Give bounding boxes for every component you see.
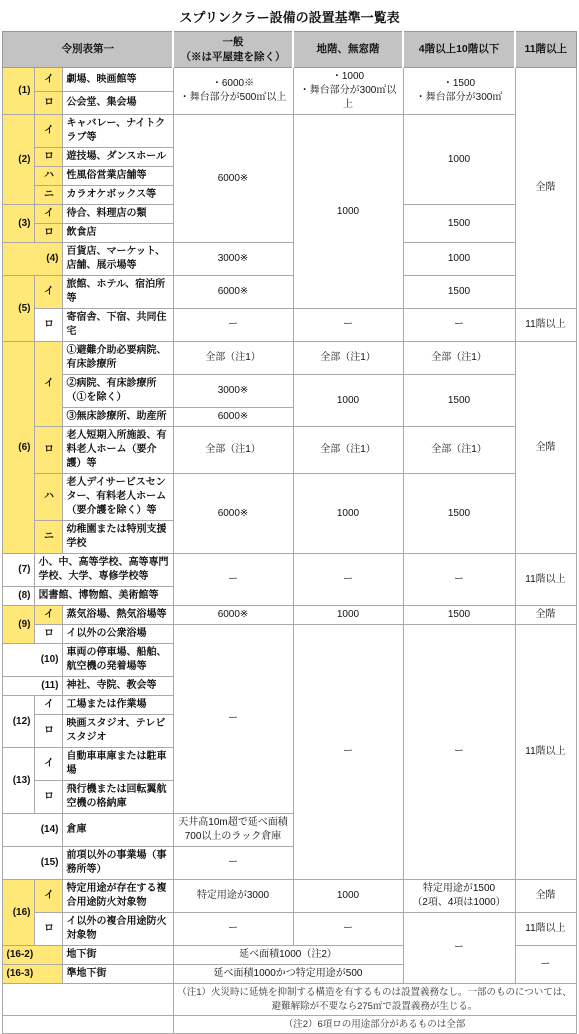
threshold-value-cell: ー	[293, 913, 403, 946]
category-number-cell: (12)	[3, 696, 35, 748]
threshold-value-cell: 延べ面積1000（注2）	[173, 946, 403, 965]
category-branch-cell: イ	[35, 748, 63, 781]
threshold-value-cell: 延べ面積1000かつ特定用途が500	[173, 965, 403, 984]
category-number-cell: (2)	[3, 115, 35, 205]
category-number-cell: (13)	[3, 748, 35, 814]
standards-table: 令別表第一一般 （※は平屋建を除く）地階、無窓階4階以上10階以下11階以上 (…	[2, 31, 576, 1034]
threshold-value-cell: 全部（注1）	[173, 342, 293, 375]
category-number-cell: (6)	[3, 342, 35, 554]
category-branch-cell: イ	[35, 606, 63, 625]
category-number-cell: (10)	[3, 644, 63, 677]
threshold-value-cell: ー	[293, 625, 403, 880]
category-branch-cell: ロ	[35, 309, 63, 342]
threshold-value-cell: 11階以上	[515, 309, 576, 342]
category-number-cell: (16)	[3, 880, 35, 946]
threshold-value-cell: 6000※	[173, 606, 293, 625]
note-cell: （注2）6項ロの用途部分があるものは全部	[173, 1015, 576, 1033]
facility-description-cell: 自動車車庫または駐車場	[63, 748, 173, 781]
facility-description-cell: 寄宿舎、下宿、共同住宅	[63, 309, 173, 342]
table-header: 令別表第一一般 （※は平屋建を除く）地階、無窓階4階以上10階以下11階以上	[3, 32, 576, 68]
facility-description-cell: 性風俗営業店舗等	[63, 167, 173, 186]
category-branch-cell: ロ	[35, 715, 63, 748]
facility-description-cell: ②病院、有床診療所（①を除く）	[63, 375, 173, 408]
table-row: (9)イ蒸気浴場、熱気浴場等6000※10001500全階	[3, 606, 576, 625]
table-row: ロ老人短期入所施設、有料老人ホーム（要介護）等全部（注1）全部（注1）全部（注1…	[3, 427, 576, 474]
empty-cell	[3, 984, 173, 1016]
table-row: (5)イ旅館、ホテル、宿泊所等6000※1500	[3, 276, 576, 309]
threshold-value-cell: 1000	[293, 375, 403, 427]
threshold-value-cell: ー	[173, 554, 293, 606]
category-number-cell: (9)	[3, 606, 35, 644]
facility-description-cell: 特定用途が存在する複合用途防火対象物	[63, 880, 173, 913]
facility-description-cell: 待合、料理店の類	[63, 205, 173, 224]
threshold-value-cell: 6000※	[173, 115, 293, 243]
threshold-value-cell: 全部（注1）	[403, 427, 515, 474]
category-number-cell: (11)	[3, 677, 63, 696]
facility-description-cell: 旅館、ホテル、宿泊所等	[63, 276, 173, 309]
threshold-value-cell: ー	[173, 847, 293, 880]
threshold-value-cell: ー	[403, 309, 515, 342]
threshold-value-cell: 特定用途が3000	[173, 880, 293, 913]
category-number-cell: (5)	[3, 276, 35, 342]
threshold-value-cell: 全部（注1）	[293, 342, 403, 375]
threshold-value-cell: 1000	[403, 243, 515, 276]
facility-description-cell: 遊技場、ダンスホール	[63, 148, 173, 167]
facility-description-cell: 工場または作業場	[63, 696, 173, 715]
empty-cell	[3, 1015, 173, 1033]
threshold-value-cell: ・1500 ・舞台部分が300㎡	[403, 68, 515, 115]
facility-description-cell: 百貨店、マーケット、店舗、展示場等	[63, 243, 173, 276]
category-number-cell: (1)	[3, 68, 35, 115]
threshold-value-cell: 1500	[403, 375, 515, 427]
table-row: ロイ以外の公衆浴場ーーー11階以上	[3, 625, 576, 644]
threshold-value-cell: ー	[403, 554, 515, 606]
threshold-value-cell: 全階	[515, 342, 576, 554]
table-row: (1)イ劇場、映画館等・6000※ ・舞台部分が500㎡以上・1000 ・舞台部…	[3, 68, 576, 92]
category-branch-cell: ニ	[35, 521, 63, 554]
category-number-cell: (7)	[3, 554, 35, 587]
threshold-value-cell: 全部（注1）	[403, 342, 515, 375]
threshold-value-cell: 6000※	[173, 276, 293, 309]
facility-description-cell: 老人デイサービスセンター、有料老人ホーム（要介護を除く）等	[63, 474, 173, 521]
threshold-value-cell: ー	[515, 946, 576, 984]
facility-description-cell: 倉庫	[63, 814, 173, 847]
column-header: 4階以上10階以下	[403, 32, 515, 68]
threshold-value-cell: 1000	[293, 115, 403, 309]
category-number-cell: (3)	[3, 205, 35, 243]
column-header: 地階、無窓階	[293, 32, 403, 68]
category-branch-cell: ロ	[35, 91, 63, 115]
category-number-cell: (4)	[3, 243, 63, 276]
category-number-cell: (8)	[3, 587, 35, 606]
table-row: ロイ以外の複合用途防火対象物ーーー11階以上	[3, 913, 576, 946]
category-branch-cell: ロ	[35, 427, 63, 474]
facility-description-cell: 前項以外の事業場（事務所等）	[63, 847, 173, 880]
note-cell: （注1）火災時に延焼を抑制する構造を有するものは設置義務なし。一部のものについて…	[173, 984, 576, 1016]
category-branch-cell: ロ	[35, 913, 63, 946]
facility-description-cell: 飲食店	[63, 224, 173, 243]
category-branch-cell: ロ	[35, 781, 63, 814]
threshold-value-cell: 11階以上	[515, 625, 576, 880]
threshold-value-cell: ・6000※ ・舞台部分が500㎡以上	[173, 68, 293, 115]
threshold-value-cell: 全階	[515, 880, 576, 913]
table-row: (16)イ特定用途が存在する複合用途防火対象物特定用途が30001000特定用途…	[3, 880, 576, 913]
category-branch-cell: イ	[35, 276, 63, 309]
table-row: (4)百貨店、マーケット、店舗、展示場等3000※1000	[3, 243, 576, 276]
threshold-value-cell: ー	[173, 913, 293, 946]
category-branch-cell: イ	[35, 115, 63, 148]
column-header: 令別表第一	[3, 32, 173, 68]
facility-description-cell: イ以外の複合用途防火対象物	[63, 913, 173, 946]
threshold-value-cell: 全部（注1）	[173, 427, 293, 474]
facility-description-cell: 劇場、映画館等	[63, 68, 173, 92]
threshold-value-cell: 1500	[403, 474, 515, 554]
facility-description-cell: ①避難介助必要病院、有床診療所	[63, 342, 173, 375]
threshold-value-cell: ー	[403, 913, 515, 984]
table-row: ②病院、有床診療所（①を除く）3000※10001500	[3, 375, 576, 408]
threshold-value-cell: 天井高10m超で延べ面積700以上のラック倉庫	[173, 814, 293, 847]
facility-description-cell: 神社、寺院、教会等	[63, 677, 173, 696]
facility-description-cell: 地下街	[63, 946, 173, 965]
facility-description-cell: 映画スタジオ、テレビスタジオ	[63, 715, 173, 748]
table-row: (6)イ①避難介助必要病院、有床診療所全部（注1）全部（注1）全部（注1）全階	[3, 342, 576, 375]
category-branch-cell: ロ	[35, 148, 63, 167]
table-body: (1)イ劇場、映画館等・6000※ ・舞台部分が500㎡以上・1000 ・舞台部…	[3, 68, 576, 1034]
category-branch-cell: イ	[35, 205, 63, 224]
threshold-value-cell: ・1000 ・舞台部分が300㎡以上	[293, 68, 403, 115]
facility-description-cell: キャバレー、ナイトクラブ等	[63, 115, 173, 148]
facility-description-cell: イ以外の公衆浴場	[63, 625, 173, 644]
facility-description-cell: 蒸気浴場、熱気浴場等	[63, 606, 173, 625]
facility-description-cell: 公会堂、集会場	[63, 91, 173, 115]
facility-description-cell: 小、中、高等学校、高等専門学校、大学、専修学校等	[35, 554, 173, 587]
threshold-value-cell: ー	[293, 309, 403, 342]
threshold-value-cell: 1500	[403, 276, 515, 309]
threshold-value-cell: 6000※	[173, 474, 293, 554]
threshold-value-cell: 特定用途が1500 （2項、4項は1000）	[403, 880, 515, 913]
column-header: 11階以上	[515, 32, 576, 68]
category-branch-cell: イ	[35, 696, 63, 715]
threshold-value-cell: 3000※	[173, 243, 293, 276]
table-row: ロ寄宿舎、下宿、共同住宅ーーー11階以上	[3, 309, 576, 342]
threshold-value-cell: 1000	[293, 474, 403, 554]
table-row: (7)小、中、高等学校、高等専門学校、大学、専修学校等ーーー11階以上	[3, 554, 576, 587]
category-branch-cell: イ	[35, 68, 63, 92]
facility-description-cell: 幼稚園または特別支援学校	[63, 521, 173, 554]
facility-description-cell: 図書館、博物館、美術館等	[35, 587, 173, 606]
threshold-value-cell: ー	[173, 309, 293, 342]
facility-description-cell: 準地下街	[63, 965, 173, 984]
threshold-value-cell: 1000	[293, 880, 403, 913]
threshold-value-cell: 3000※	[173, 375, 293, 408]
category-branch-cell: ロ	[35, 224, 63, 243]
category-number-cell: (14)	[3, 814, 63, 847]
threshold-value-cell: ー	[293, 554, 403, 606]
table-row: （注2）6項ロの用途部分があるものは全部	[3, 1015, 576, 1033]
threshold-value-cell: 6000※	[173, 408, 293, 427]
threshold-value-cell: 全階	[515, 68, 576, 309]
facility-description-cell: カラオケボックス等	[63, 186, 173, 205]
table-row: （注1）火災時に延焼を抑制する構造を有するものは設置義務なし。一部のものについて…	[3, 984, 576, 1016]
category-branch-cell: イ	[35, 880, 63, 913]
facility-description-cell: 飛行機または回転翼航空機の格納庫	[63, 781, 173, 814]
threshold-value-cell: 1500	[403, 205, 515, 243]
threshold-value-cell: 11階以上	[515, 554, 576, 606]
category-branch-cell: ロ	[35, 625, 63, 644]
category-branch-cell: ハ	[35, 474, 63, 521]
category-branch-cell: イ	[35, 342, 63, 427]
threshold-value-cell: 全部（注1）	[293, 427, 403, 474]
page: スプリンクラー設備の設置基準一覧表 令別表第一一般 （※は平屋建を除く）地階、無…	[0, 0, 579, 1034]
category-number-cell: (16-3)	[3, 965, 63, 984]
threshold-value-cell: ー	[173, 625, 293, 814]
category-number-cell: (15)	[3, 847, 63, 880]
threshold-value-cell: 1500	[403, 606, 515, 625]
table-row: (2)イキャバレー、ナイトクラブ等6000※10001000	[3, 115, 576, 148]
table-row: ハ老人デイサービスセンター、有料老人ホーム（要介護を除く）等6000※10001…	[3, 474, 576, 521]
category-branch-cell: ハ	[35, 167, 63, 186]
threshold-value-cell: 11階以上	[515, 913, 576, 946]
facility-description-cell: 老人短期入所施設、有料老人ホーム（要介護）等	[63, 427, 173, 474]
threshold-value-cell: 1000	[293, 606, 403, 625]
threshold-value-cell: 1000	[403, 115, 515, 205]
page-title: スプリンクラー設備の設置基準一覧表	[0, 0, 579, 31]
threshold-value-cell: 全階	[515, 606, 576, 625]
facility-description-cell: 車両の停車場、船舶、航空機の発着場等	[63, 644, 173, 677]
category-number-cell: (16-2)	[3, 946, 63, 965]
facility-description-cell: ③無床診療所、助産所	[63, 408, 173, 427]
threshold-value-cell: ー	[403, 625, 515, 880]
column-header: 一般 （※は平屋建を除く）	[173, 32, 293, 68]
category-branch-cell: ニ	[35, 186, 63, 205]
